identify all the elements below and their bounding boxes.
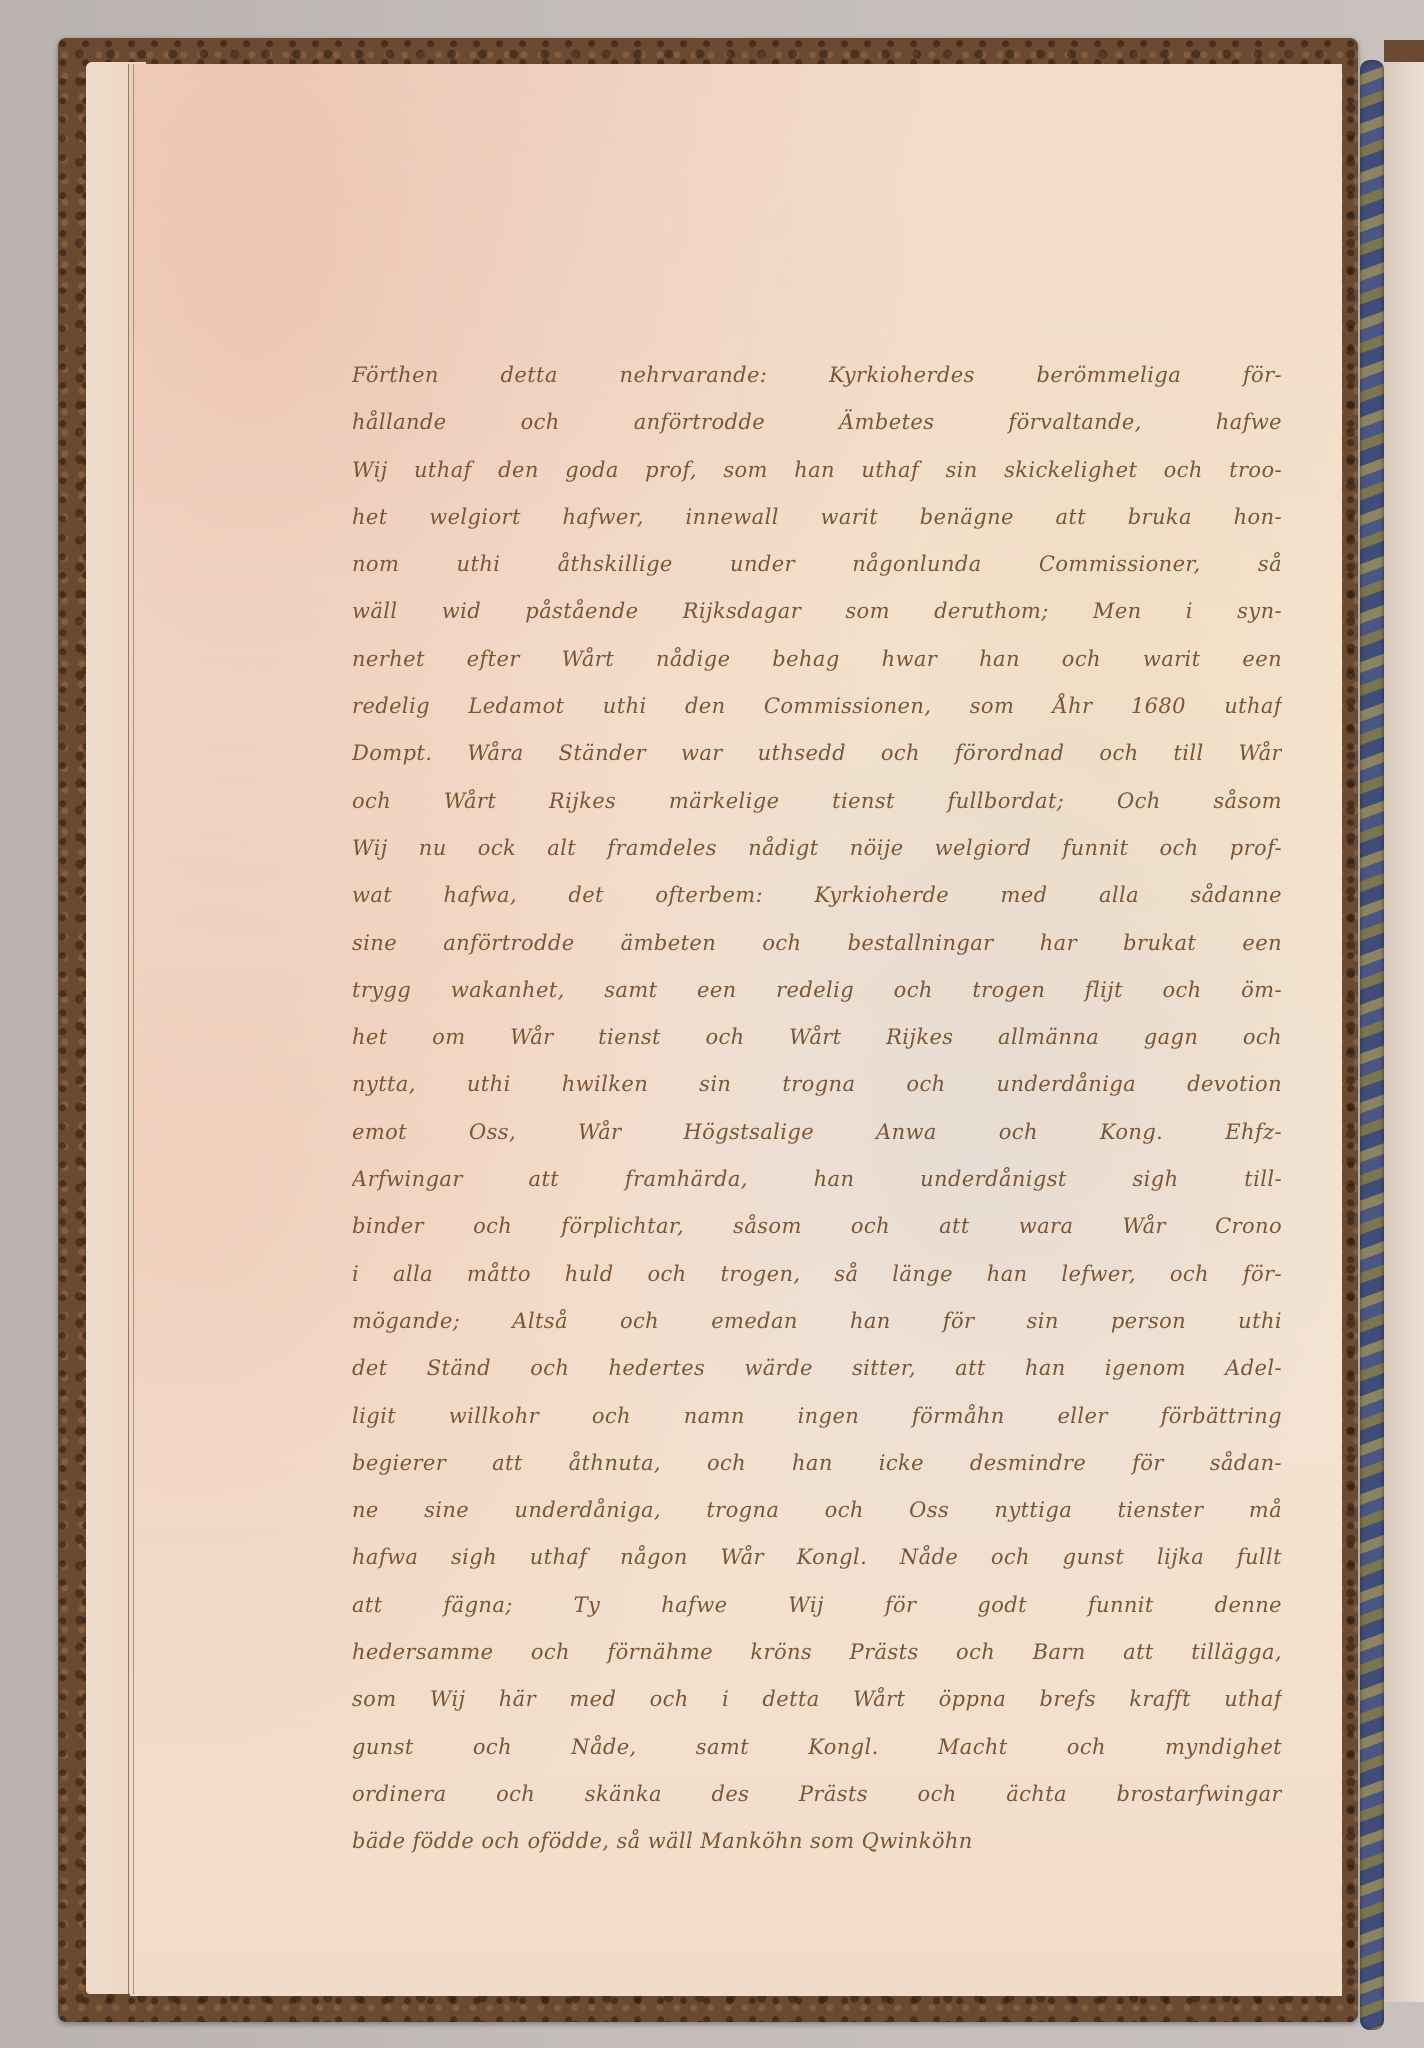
text-line: hedersamme och förnähme kröns Prästs och…	[352, 1629, 1282, 1676]
text-line: Arfwingar att framhärda, han underdånigs…	[352, 1156, 1282, 1203]
text-line: het om Wår tienst och Wårt Rijkes allmän…	[352, 1014, 1282, 1061]
handwritten-text-block: Förthen detta nehrvarande: Kyrkioherdes …	[352, 352, 1282, 1866]
text-line: ordinera och skänka des Prästs och ächta…	[352, 1771, 1282, 1818]
text-line: hållande och anförtrodde Ämbetes förvalt…	[352, 399, 1282, 446]
text-line: Wij nu ock alt framdeles nådigt nöije we…	[352, 825, 1282, 872]
text-line: Dompt. Wåra Ständer war uthsedd och föro…	[352, 730, 1282, 777]
text-line: wäll wid påstående Rijksdagar som deruth…	[352, 588, 1282, 635]
next-page-edge	[1384, 62, 1424, 2002]
text-line: binder och förplichtar, såsom och att wa…	[352, 1203, 1282, 1250]
text-line: trygg wakanhet, samt een redelig och tro…	[352, 967, 1282, 1014]
page-margin-rule-inner	[133, 64, 134, 1994]
text-line: ligit willkohr och namn ingen förmåhn el…	[352, 1393, 1282, 1440]
text-line: Wij uthaf den goda prof, som han uthaf s…	[352, 447, 1282, 494]
text-line: nytta, uthi hwilken sin trogna och under…	[352, 1061, 1282, 1108]
text-line: het welgiort hafwer, innewall warit benä…	[352, 494, 1282, 541]
page-margin-rule	[128, 64, 129, 1994]
text-line: hafwa sigh uthaf någon Wår Kongl. Nåde o…	[352, 1534, 1282, 1581]
braided-binding-cord	[1360, 60, 1384, 2030]
text-line: redelig Ledamot uthi den Commissionen, s…	[352, 683, 1282, 730]
text-line: i alla måtto huld och trogen, så länge h…	[352, 1251, 1282, 1298]
text-line: ne sine underdåniga, trogna och Oss nytt…	[352, 1487, 1282, 1534]
text-line: det Ständ och hedertes wärde sitter, att…	[352, 1345, 1282, 1392]
text-line: emot Oss, Wår Högstsalige Anwa och Kong.…	[352, 1109, 1282, 1156]
text-line: mögande; Altså och emedan han för sin pe…	[352, 1298, 1282, 1345]
text-line: Förthen detta nehrvarande: Kyrkioherdes …	[352, 352, 1282, 399]
text-line: som Wij här med och i detta Wårt öppna b…	[352, 1676, 1282, 1723]
text-line: gunst och Nåde, samt Kongl. Macht och my…	[352, 1724, 1282, 1771]
text-line: nerhet efter Wårt nådige behag hwar han …	[352, 636, 1282, 683]
text-line: sine anförtrodde ämbeten och bestallning…	[352, 920, 1282, 967]
text-line: och Wårt Rijkes märkelige tienst fullbor…	[352, 778, 1282, 825]
text-line: nom uthi åthskillige under någonlunda Co…	[352, 541, 1282, 588]
next-page-cover-edge	[1384, 40, 1424, 62]
text-line: att fägna; Ty hafwe Wij för godt funnit …	[352, 1582, 1282, 1629]
text-line: begierer att åthnuta, och han icke desmi…	[352, 1440, 1282, 1487]
text-line: wat hafwa, det ofterbem: Kyrkioherde med…	[352, 872, 1282, 919]
text-line: bäde födde och ofödde, så wäll Manköhn s…	[352, 1818, 1282, 1865]
